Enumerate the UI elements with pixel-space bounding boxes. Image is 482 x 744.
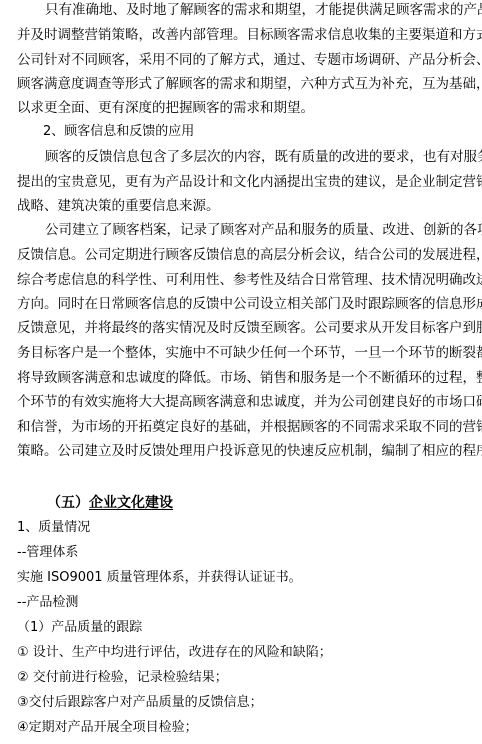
paragraph-line: 将导致顾客满意和忠诚度的降低。市场、销售和服务是一个不断循环的过程，整	[17, 368, 466, 388]
list-item: ① 设计、生产中均进行评估，改进存在的风险和缺陷；	[17, 643, 466, 663]
paragraph-line: 只有准确地、及时地了解顾客的需求和期望，才能提供满足顾客需求的产品，	[17, 0, 466, 20]
paragraph-line: 和信誉，为市场的开拓奠定良好的基础，并根据顾客的不同需求采取不同的营销	[17, 417, 466, 437]
list-item: ② 交付前进行检验，记录检验结果；	[17, 668, 466, 688]
paragraph-line: 综合考虑信息的科学性、可利用性、参考性及结合日常管理、技术情况明确改进	[17, 270, 466, 290]
inspection-label: --产品检测	[17, 593, 466, 613]
list-item: ④定期对产品开展全项目检验；	[17, 718, 466, 738]
paragraph-line: 个环节的有效实施将大大提高顾客满意和忠诚度，并为公司创建良好的市场口碑	[17, 392, 466, 412]
management-label: --管理体系	[17, 543, 466, 563]
paragraph-line: 反馈信息。公司定期进行顾客反馈信息的高层分析会议，结合公司的发展进程，	[17, 245, 466, 265]
section-heading-prefix: （五）	[47, 495, 89, 511]
paragraph-line: 以求更全面、更有深度的把握顾客的需求和期望。	[17, 98, 466, 118]
tracking-title: （1）产品质量的跟踪	[17, 618, 466, 638]
section-heading: （五）企业文化建设	[17, 493, 482, 513]
paragraph-line: 战略、建筑决策的重要信息来源。	[17, 196, 466, 216]
section-heading-title: 企业文化建设	[89, 495, 173, 511]
list-item: ③交付后跟踪客户对产品质量的反馈信息；	[17, 693, 466, 713]
paragraph-line: 策略。公司建立及时反馈处理用户投诉意见的快速反应机制，编制了相应的程序。	[17, 441, 466, 461]
paragraph-line: 顾客满意度调查等形式了解顾客的需求和期望，六种方式互为补充，互为基础，	[17, 74, 466, 94]
paragraph-line: 反馈意见，并将最终的落实情况及时反馈至顾客。公司要求从开发目标客户到服	[17, 318, 466, 338]
management-text: 实施 ISO9001 质量管理体系，并获得认证证书。	[17, 568, 466, 588]
paragraph-line: 提出的宝贵意见，更有为产品设计和文化内涵提出宝贵的建议，是企业制定营销	[17, 172, 466, 192]
paragraph-line: 务目标客户是一个整体，实施中不可缺少任何一个环节，一旦一个环节的断裂都	[17, 343, 466, 363]
paragraph-line: 公司建立了顾客档案，记录了顾客对产品和服务的质量、改进、创新的各项	[17, 220, 466, 240]
paragraph-line: 并及时调整营销策略，改善内部管理。目标顾客需求信息收集的主要渠道和方式	[17, 25, 466, 45]
quality-title: 1、质量情况	[17, 518, 466, 538]
paragraph-line: 顾客的反馈信息包含了多层次的内容，既有质量的改进的要求，也有对服务	[17, 147, 466, 167]
paragraph-line: 公司针对不同顾客，采用不同的了解方式，通过、专题市场调研、产品分析会、	[17, 50, 466, 70]
paragraph-line: 方向。同时在日常顾客信息的反馈中公司设立相关部门及时跟踪顾客的信息形成	[17, 294, 466, 314]
subheading: 2、顾客信息和反馈的应用	[17, 122, 482, 142]
